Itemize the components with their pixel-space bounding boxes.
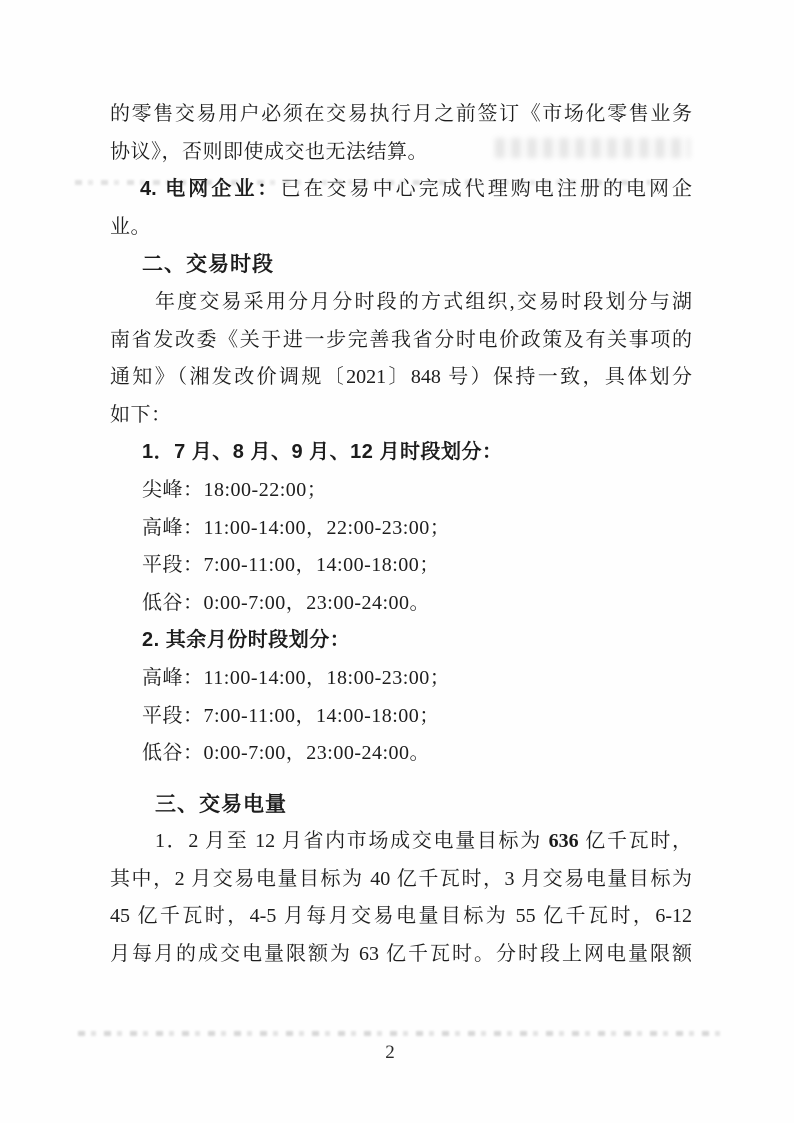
item4-line-1: 4. 电网企业：已在交易中心完成代理购电注册的电网企: [110, 171, 692, 209]
period-line-flat: 平段：7:00-11:00，14:00-18:00；: [110, 547, 692, 585]
section3-paragraph-line-3: 45 亿千瓦时，4-5 月每月交易电量目标为 55 亿千瓦时，6-12: [110, 898, 692, 936]
scan-artifact-streak-bottom: [78, 1031, 720, 1036]
section2-paragraph-line-4: 如下：: [110, 397, 692, 435]
section3-line1-text: 1．2 月至 12 月省内市场成交电量目标为: [155, 830, 549, 852]
period-line-flat-2: 平段：7:00-11:00，14:00-18:00；: [110, 698, 692, 736]
section3-line1-text-tail: 亿千瓦时，: [579, 830, 692, 852]
section3-heading: 三、交易电量: [110, 786, 692, 824]
intro-paragraph-line-1: 的零售交易用户必须在交易执行月之前签订《市场化零售业务: [110, 96, 692, 134]
intro-paragraph-line-2: 协议》，否则即使成交也无法结算。: [110, 134, 692, 172]
section2-heading: 二、交易时段: [110, 246, 692, 284]
section2-sub2-heading: 2. 其余月份时段划分：: [110, 622, 692, 660]
period-line-valley: 低谷：0:00-7:00，23:00-24:00。: [110, 585, 692, 623]
section2-paragraph-line-2: 南省发改委《关于进一步完善我省分时电价政策及有关事项的: [110, 322, 692, 360]
section3-paragraph-line-4: 月每月的成交电量限额为 63 亿千瓦时。分时段上网电量限额: [110, 936, 692, 974]
period-line-peak-2: 高峰：11:00-14:00，18:00-23:00；: [110, 660, 692, 698]
section3-paragraph-line-1: 1．2 月至 12 月省内市场成交电量目标为 636 亿千瓦时，: [110, 823, 692, 861]
section2-sub1-heading: 1．7 月、8 月、9 月、12 月时段划分：: [110, 434, 692, 472]
period-line-valley-2: 低谷：0:00-7:00，23:00-24:00。: [110, 735, 692, 773]
period-line-sharp-peak: 尖峰：18:00-22:00；: [110, 472, 692, 510]
item4-line-2: 业。: [110, 209, 692, 247]
section3-paragraph-line-2: 其中，2 月交易电量目标为 40 亿千瓦时，3 月交易电量目标为: [110, 861, 692, 899]
item4-label: 4. 电网企业：: [140, 178, 280, 200]
page-number: 2: [0, 1042, 780, 1064]
document-body: 的零售交易用户必须在交易执行月之前签订《市场化零售业务 协议》，否则即使成交也无…: [110, 96, 692, 974]
scanned-document-page: 的零售交易用户必须在交易执行月之前签订《市场化零售业务 协议》，否则即使成交也无…: [0, 0, 794, 1123]
period-line-peak: 高峰：11:00-14:00，22:00-23:00；: [110, 510, 692, 548]
item4-text: 已在交易中心完成代理购电注册的电网企: [280, 178, 692, 200]
section2-paragraph-line-1: 年度交易采用分月分时段的方式组织,交易时段划分与湖: [110, 284, 692, 322]
section2-paragraph-line-3: 通知》（湘发改价调规〔2021〕848 号）保持一致，具体划分: [110, 359, 692, 397]
target-volume-value: 636: [549, 830, 579, 852]
